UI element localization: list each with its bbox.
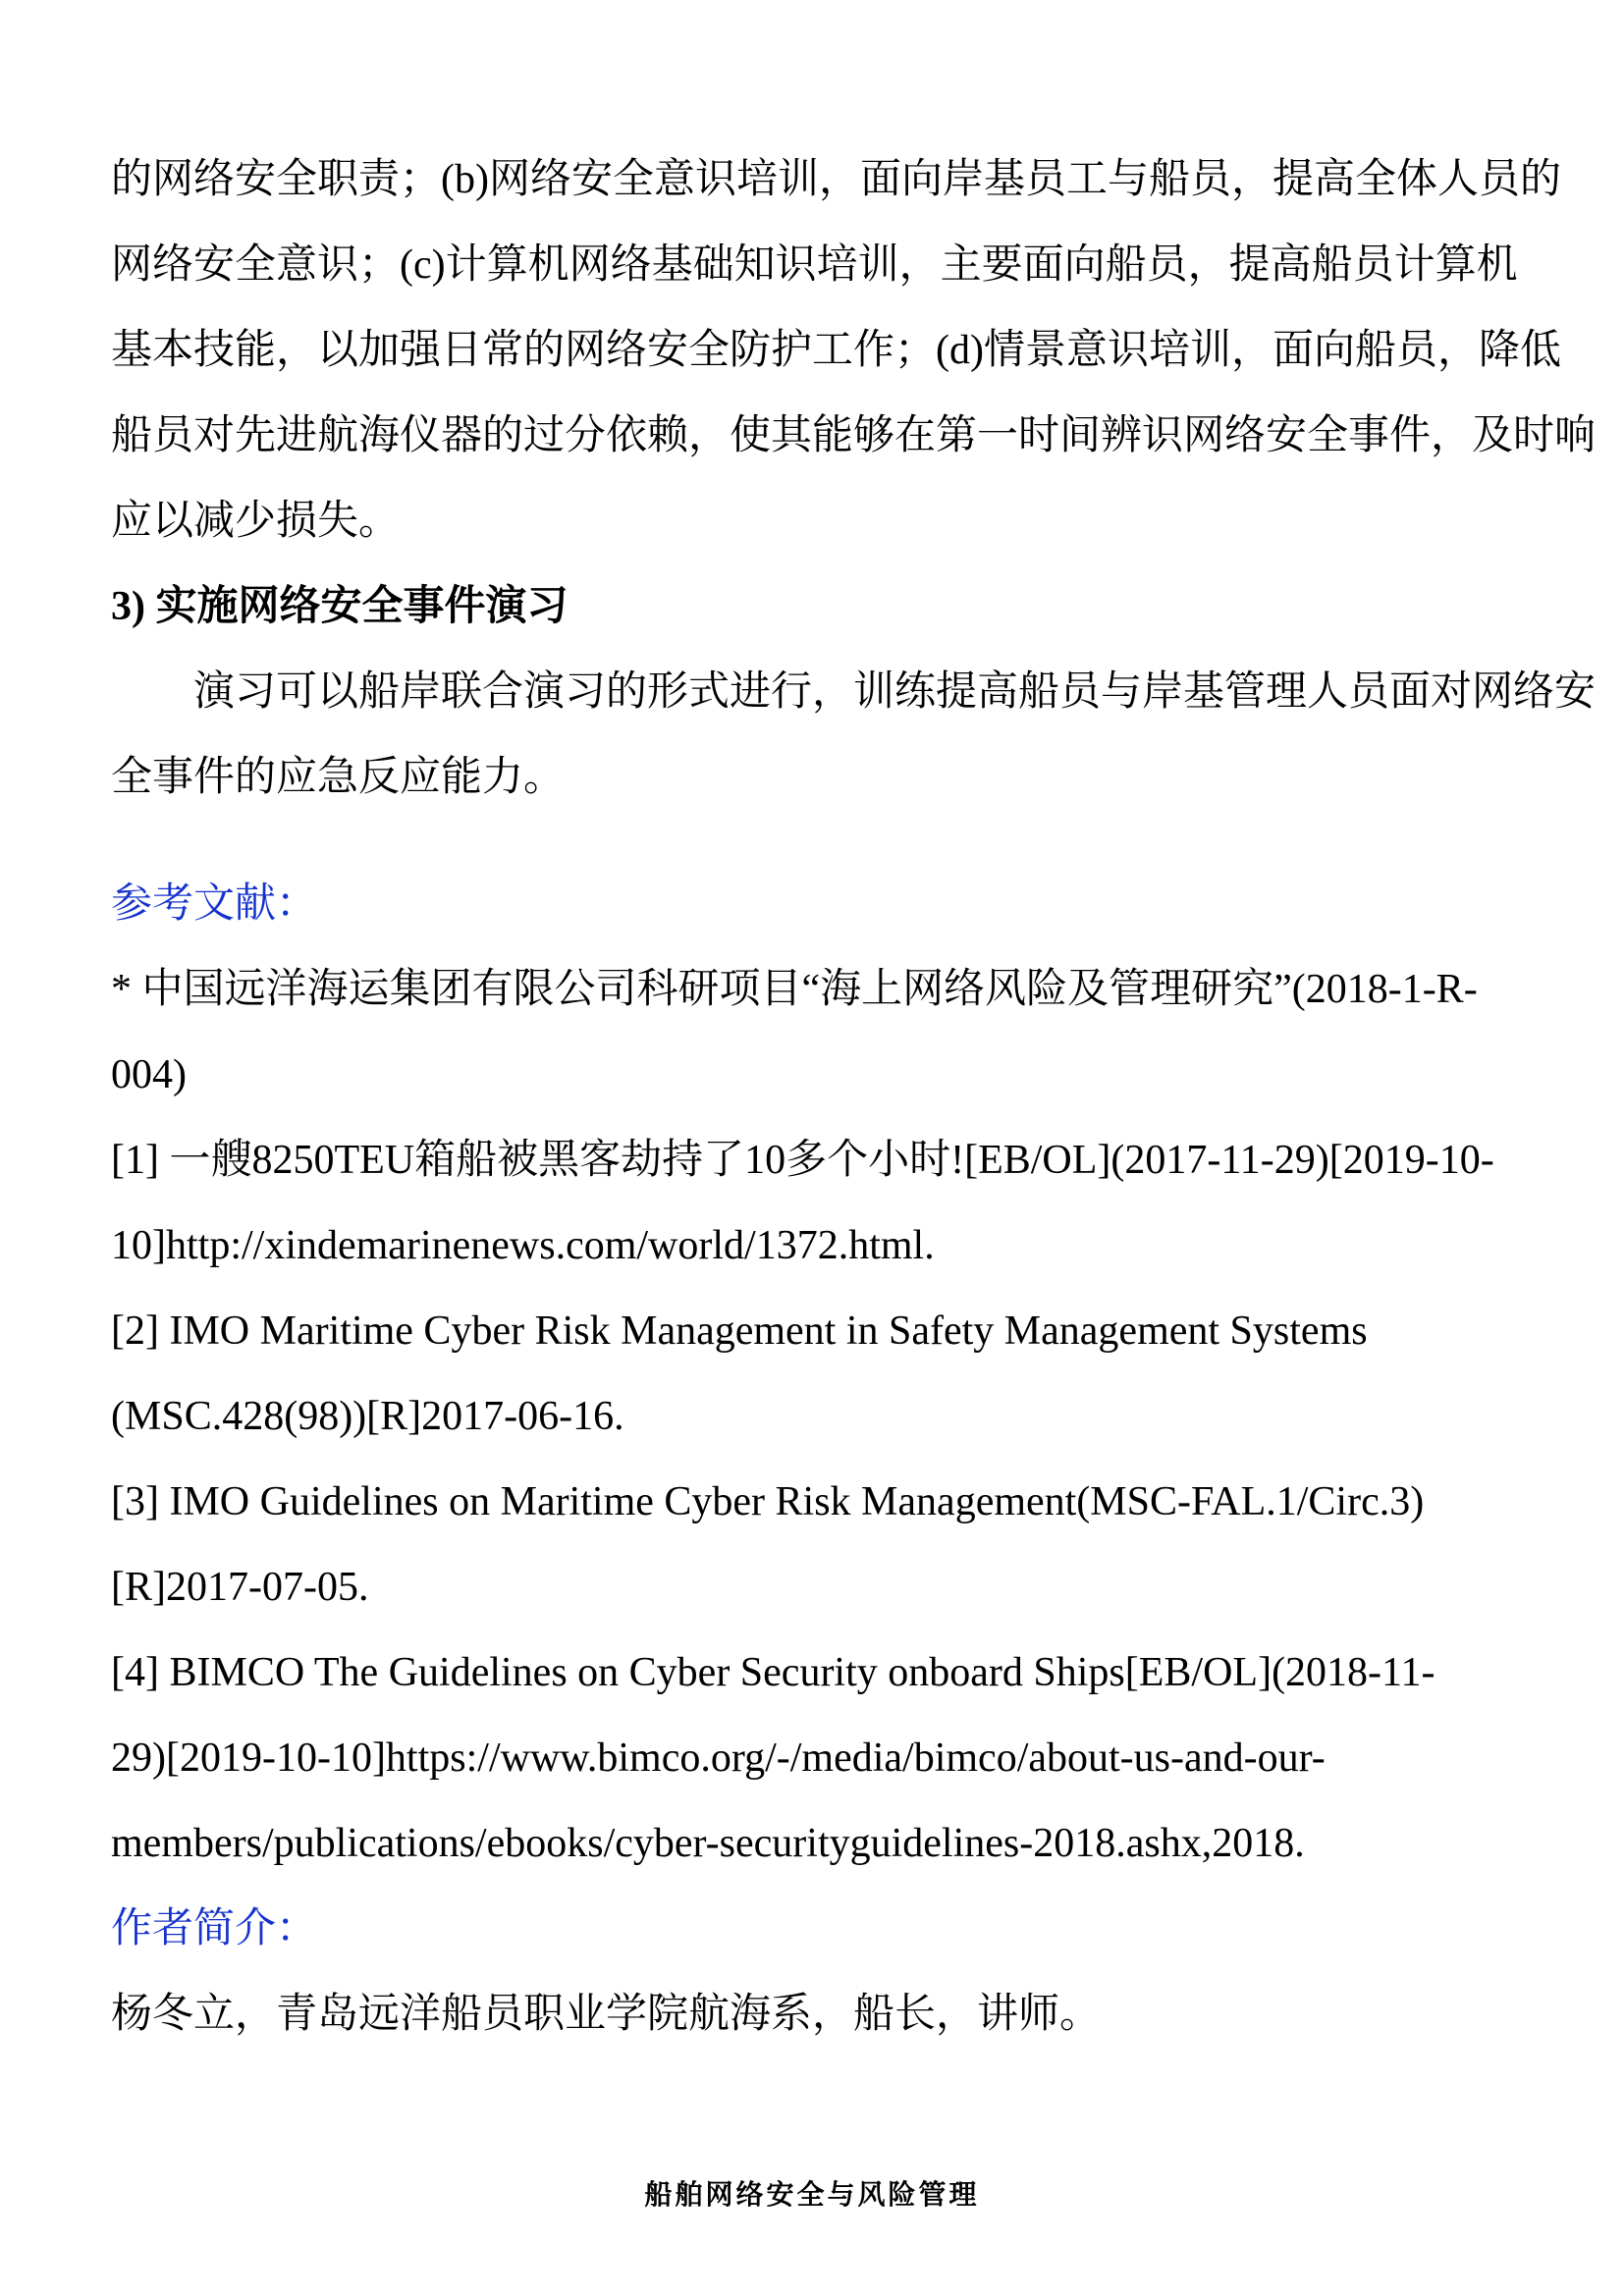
body-text-line: 演习可以船岸联合演习的形式进行，训练提高船员与岸基管理人员面对网络安 [111, 650, 1515, 735]
reference-line: 004) [111, 1033, 1515, 1118]
reference-line: [3] IMO Guidelines on Maritime Cyber Ris… [111, 1460, 1515, 1545]
body-text-line: 船员对先进航海仪器的过分依赖，使其能够在第一时间辨识网络安全事件，及时响 [111, 394, 1515, 479]
body-text-line: 全事件的应急反应能力。 [111, 735, 1515, 821]
reference-line: (MSC.428(98))[R]2017-06-16. [111, 1374, 1515, 1460]
reference-line: 29)[2019-10-10]https://www.bimco.org/-/m… [111, 1716, 1515, 1801]
reference-line: [4] BIMCO The Guidelines on Cyber Securi… [111, 1630, 1515, 1716]
body-text-line: 应以减少损失。 [111, 479, 1515, 564]
author-heading: 作者简介： [111, 1887, 1515, 1972]
page-footer-title: 船舶网络安全与风险管理 [0, 2179, 1624, 2213]
reference-line: [2] IMO Maritime Cyber Risk Management i… [111, 1289, 1515, 1374]
body-text-line: 的网络安全职责；(b)网络安全意识培训，面向岸基员工与船员，提高全体人员的 [111, 137, 1515, 223]
body-text-line: 基本技能，以加强日常的网络安全防护工作；(d)情景意识培训，面向船员，降低 [111, 308, 1515, 394]
reference-line: members/publications/ebooks/cyber-securi… [111, 1801, 1515, 1887]
section-heading: 3) 实施网络安全事件演习 [111, 564, 1515, 650]
author-line: 杨冬立，青岛远洋船员职业学院航海系，船长，讲师。 [111, 1972, 1515, 2057]
references-heading: 参考文献： [111, 862, 1515, 947]
document-page: 的网络安全职责；(b)网络安全意识培训，面向岸基员工与船员，提高全体人员的 网络… [0, 0, 1624, 2296]
reference-line: [1] 一艘8250TEU箱船被黑客劫持了10多个小时![EB/OL](2017… [111, 1118, 1515, 1203]
reference-line: 10]http://xindemarinenews.com/world/1372… [111, 1203, 1515, 1289]
page-content: 的网络安全职责；(b)网络安全意识培训，面向岸基员工与船员，提高全体人员的 网络… [111, 137, 1515, 2057]
reference-line: [R]2017-07-05. [111, 1545, 1515, 1630]
body-text-line: 网络安全意识；(c)计算机网络基础知识培训，主要面向船员，提高船员计算机 [111, 223, 1515, 308]
reference-line: * 中国远洋海运集团有限公司科研项目“海上网络风险及管理研究”(2018-1-R… [111, 947, 1515, 1033]
